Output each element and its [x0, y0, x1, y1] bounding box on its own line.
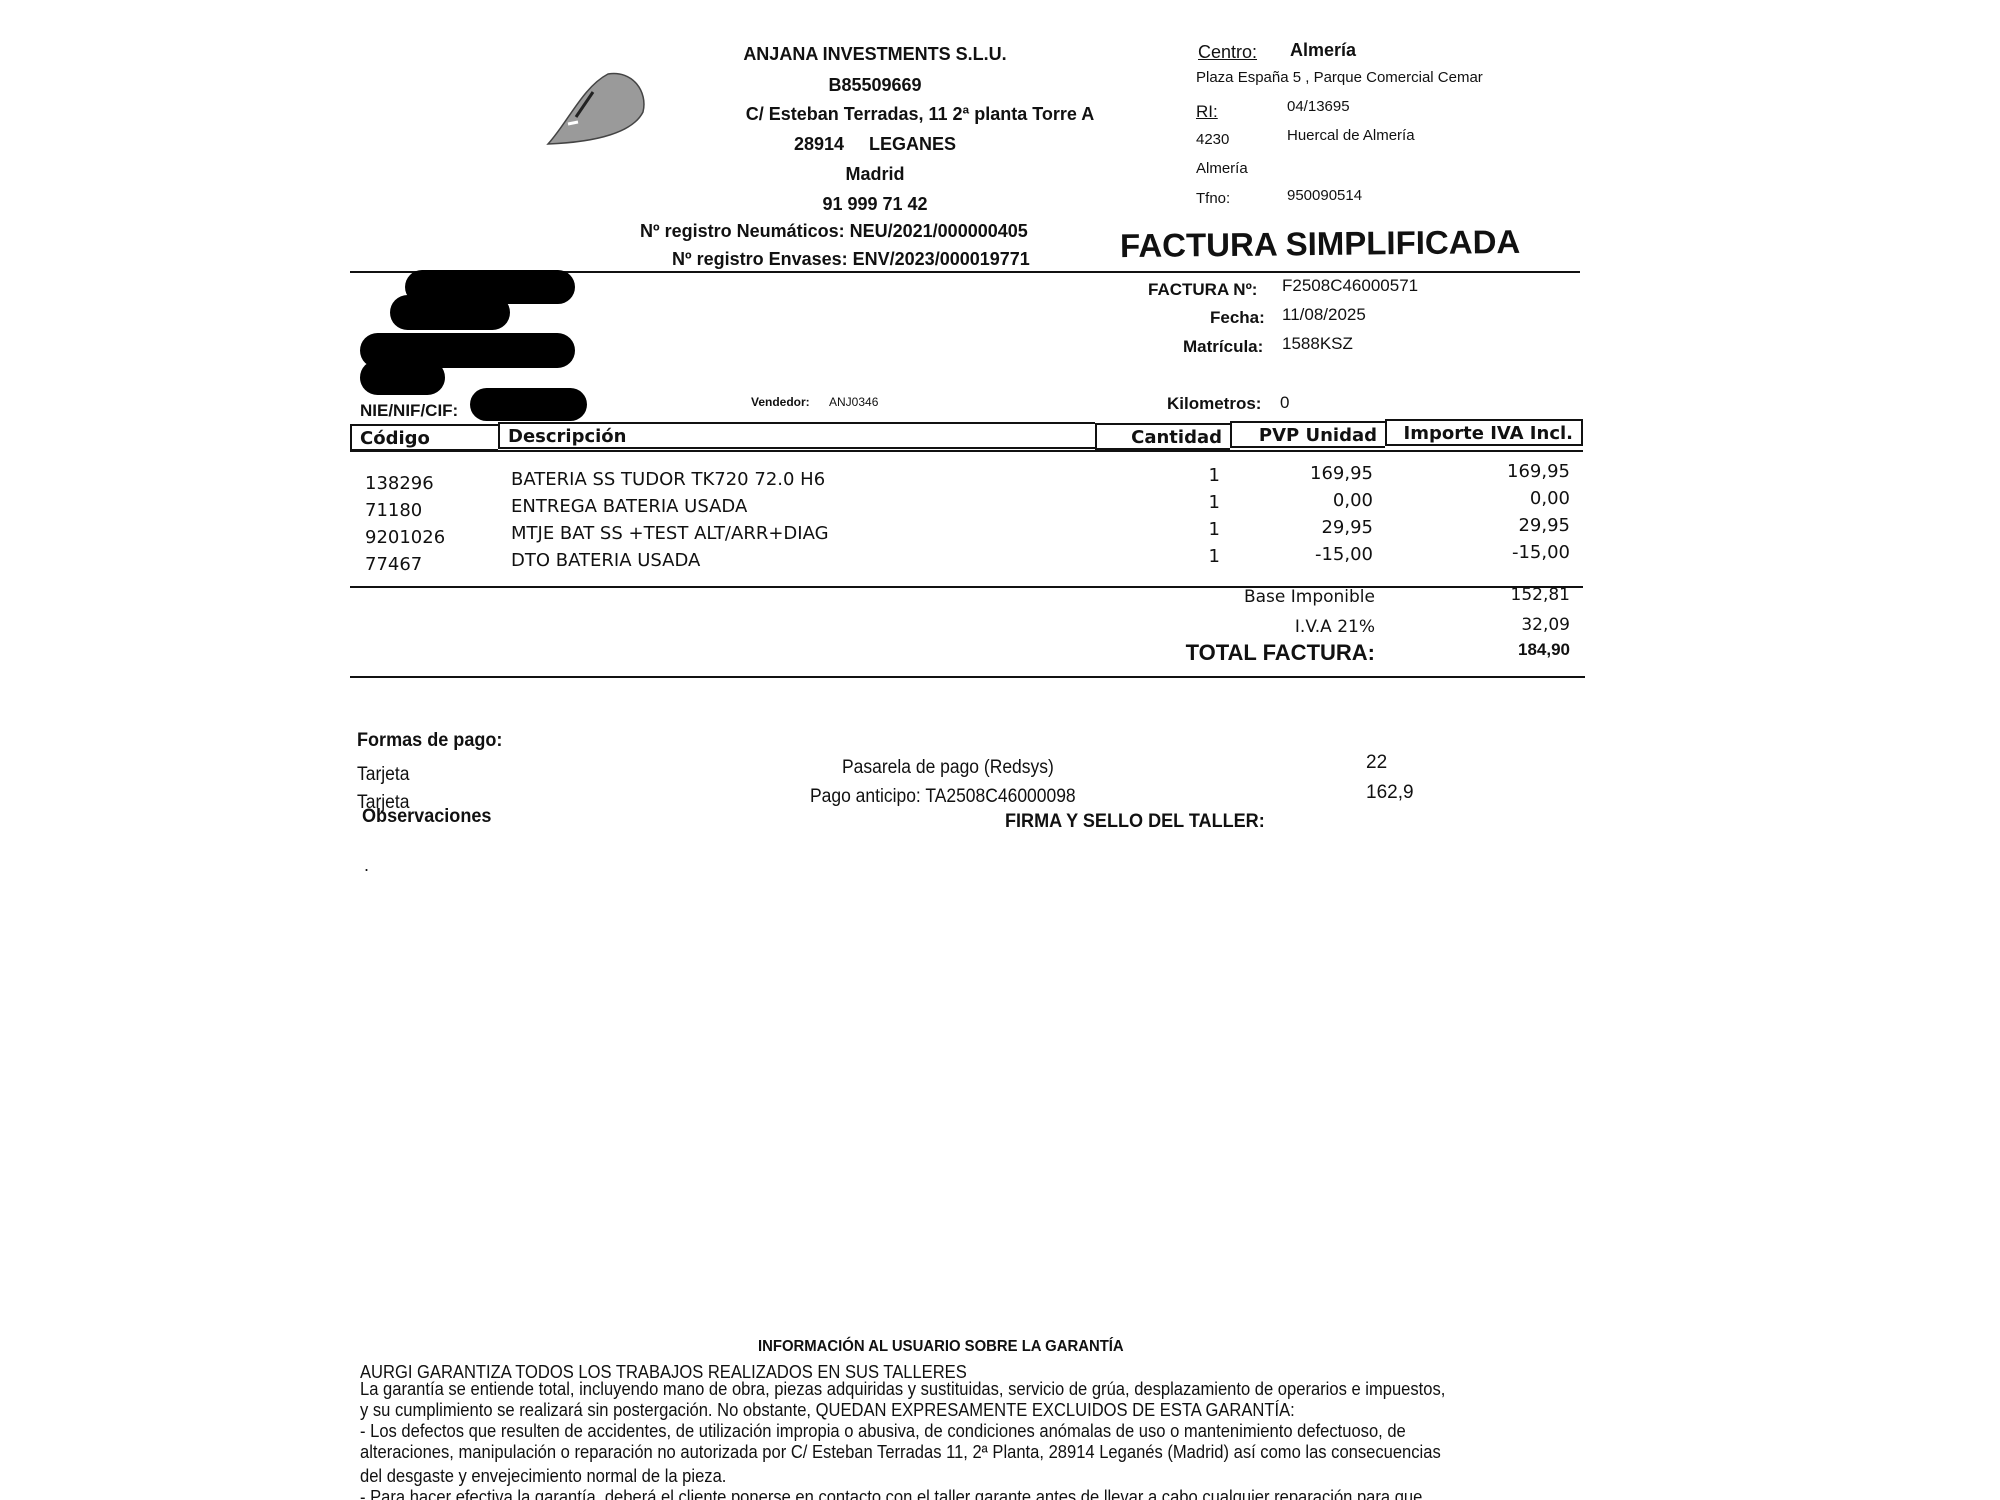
row-description: DTO BATERIA USADA [511, 550, 700, 571]
header-bottom-rule [350, 450, 1583, 452]
base-label: Base Imponible [1150, 587, 1375, 607]
row-unit-price: 0,00 [1270, 490, 1373, 511]
payment-detail: Pasarela de pago (Redsys) [842, 757, 1054, 779]
invoice-number-label: FACTURA Nº: [1148, 280, 1257, 300]
total-value: 184,90 [1450, 640, 1570, 660]
centro-phone-value: 950090514 [1287, 187, 1362, 204]
seller-value: ANJ0346 [829, 395, 878, 409]
plate-label: Matrícula: [1183, 337, 1263, 357]
row-code: 77467 [365, 554, 422, 575]
row-code: 71180 [365, 500, 422, 521]
payment-amount: 162,9 [1366, 782, 1414, 804]
centro-province: Almería [1196, 160, 1248, 177]
observations-label: Observaciones [362, 806, 491, 828]
row-description: ENTREGA BATERIA USADA [511, 496, 747, 517]
row-code: 9201026 [365, 527, 445, 548]
row-quantity: 1 [1150, 492, 1220, 513]
row-unit-price: -15,00 [1270, 544, 1373, 565]
company-address: C/ Esteban Terradas, 11 2ª planta Torre … [730, 104, 1110, 125]
warranty-line: alteraciones, manipulación o reparación … [360, 1442, 1441, 1463]
centro-address: Plaza España 5 , Parque Comercial Cemar [1196, 69, 1483, 86]
centro-name: Almería [1290, 40, 1356, 61]
row-unit-price: 169,95 [1270, 463, 1373, 484]
warranty-line: del desgaste y envejecimiento normal de … [360, 1466, 726, 1487]
company-cif: B85509669 [700, 75, 1050, 96]
row-unit-price: 29,95 [1270, 517, 1373, 538]
warranty-line: y su cumplimiento se realizará sin poste… [360, 1400, 1295, 1421]
warranty-line: - Los defectos que resulten de accidente… [360, 1421, 1406, 1442]
row-quantity: 1 [1150, 546, 1220, 567]
row-description: BATERIA SS TUDOR TK720 72.0 H6 [511, 469, 825, 490]
row-description: MTJE BAT SS +TEST ALT/ARR+DIAG [511, 523, 829, 544]
warranty-line: La garantía se entiende total, incluyend… [360, 1379, 1445, 1400]
nif-label: NIE/NIF/CIF: [360, 401, 458, 421]
ri-value: 04/13695 [1287, 98, 1350, 115]
row-total: 0,00 [1440, 488, 1570, 509]
base-value: 152,81 [1450, 585, 1570, 605]
invoice-date-label: Fecha: [1210, 308, 1265, 328]
invoice-number: F2508C46000571 [1282, 276, 1418, 296]
observations-value: . [364, 855, 369, 876]
row-code: 138296 [365, 473, 434, 494]
seller-label: Vendedor: [751, 395, 810, 409]
total-label: TOTAL FACTURA: [1175, 640, 1375, 666]
centro-label-text: Centro: [1198, 42, 1257, 62]
iva-label: I.V.A 21% [1150, 617, 1375, 637]
row-total: 29,95 [1440, 515, 1570, 536]
km-value: 0 [1280, 393, 1289, 413]
table-bottom-rule [350, 586, 1583, 588]
iva-value: 32,09 [1450, 615, 1570, 635]
company-postal-city: 28914 LEGANES [700, 134, 1050, 155]
invoice-title: FACTURA SIMPLIFICADA [1120, 223, 1521, 265]
redacted-customer-line-4 [360, 360, 445, 395]
centro-phone-label: Tfno: [1196, 190, 1230, 207]
row-total: -15,00 [1440, 542, 1570, 563]
company-name: ANJANA INVESTMENTS S.L.U. [700, 44, 1050, 65]
col-header-total: Importe IVA Incl. [1385, 419, 1583, 446]
redacted-nif [470, 388, 587, 421]
warranty-line: - Para hacer efectiva la garantía, deber… [360, 1487, 1422, 1500]
invoice-date: 11/08/2025 [1282, 305, 1366, 325]
company-province: Madrid [700, 164, 1050, 185]
totals-bottom-rule [350, 676, 1585, 678]
col-header-quantity: Cantidad [1095, 423, 1230, 450]
row-total: 169,95 [1440, 461, 1570, 482]
company-phone: 91 999 71 42 [700, 194, 1050, 215]
reg-neumaticos: Nº registro Neumáticos: NEU/2021/0000004… [640, 221, 1028, 242]
payment-amount: 22 [1366, 752, 1387, 774]
payment-method: Tarjeta [357, 764, 409, 786]
row-quantity: 1 [1150, 519, 1220, 540]
ri-label: RI: [1196, 102, 1218, 122]
col-header-code: Código [350, 424, 498, 451]
signature-label: FIRMA Y SELLO DEL TALLER: [1005, 811, 1265, 833]
warranty-title: INFORMACIÓN AL USUARIO SOBRE LA GARANTÍA [758, 1338, 1124, 1356]
col-header-description: Descripción [498, 422, 1095, 449]
centro-label: Centro: [1198, 42, 1257, 63]
row-quantity: 1 [1150, 465, 1220, 486]
payment-title: Formas de pago: [357, 730, 502, 752]
reg-envases: Nº registro Envases: ENV/2023/000019771 [672, 249, 1030, 270]
plate-value: 1588KSZ [1282, 334, 1353, 354]
payment-detail: Pago anticipo: TA2508C46000098 [810, 786, 1076, 808]
redacted-customer-line-2 [390, 295, 510, 330]
km-label: Kilometros: [1167, 394, 1261, 414]
centro-postal-code: 4230 [1196, 131, 1229, 148]
col-header-unit-price: PVP Unidad [1230, 421, 1385, 448]
centro-town: Huercal de Almería [1287, 127, 1415, 144]
company-logo [538, 62, 653, 152]
